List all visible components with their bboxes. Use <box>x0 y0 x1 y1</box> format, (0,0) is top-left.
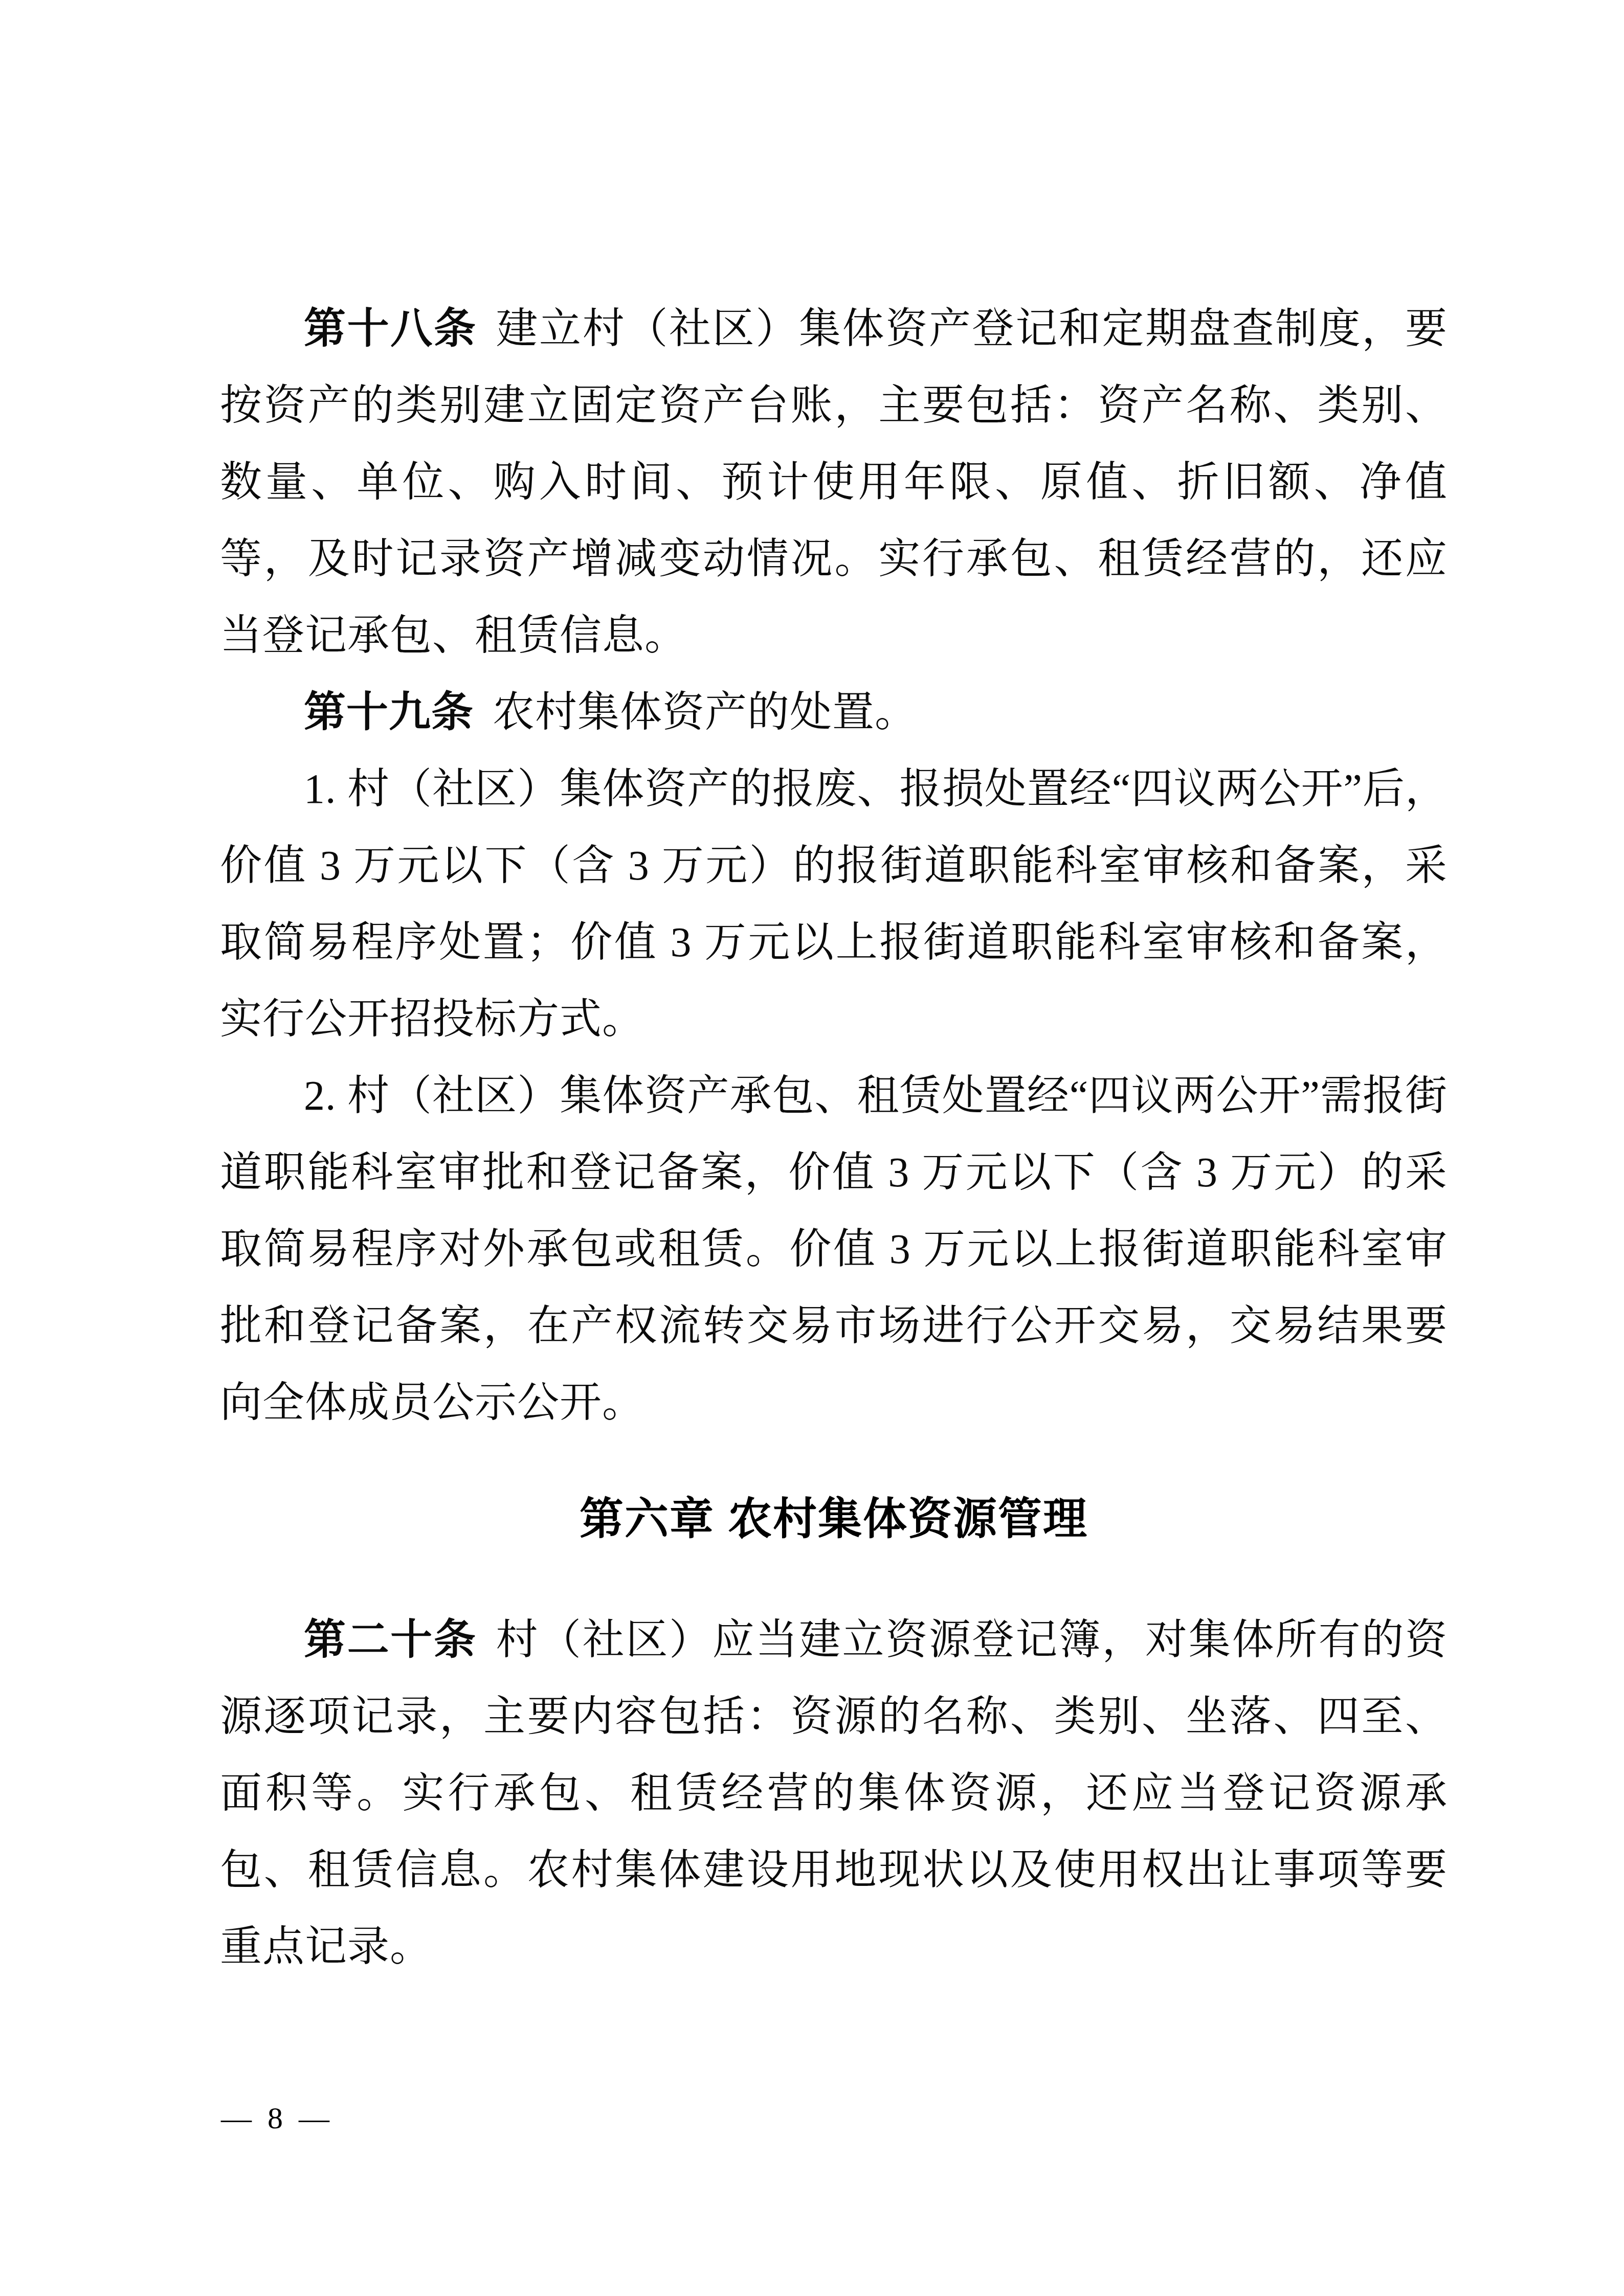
article-19-text: 农村集体资产的处置。 <box>493 689 917 735</box>
document-body: 第十八条建立村（社区）集体资产登记和定期盘查制度，要按资产的类别建立固定资产台账… <box>220 290 1448 1985</box>
article-18-paragraph: 第十八条建立村（社区）集体资产登记和定期盘查制度，要按资产的类别建立固定资产台账… <box>220 290 1448 674</box>
chapter-6-heading: 第六章 农村集体资源管理 <box>220 1481 1448 1558</box>
article-19-item-2: 2. 村（社区）集体资产承包、租赁处置经“四议两公开”需报街道职能科室审批和登记… <box>220 1057 1448 1441</box>
article-19-label: 第十九条 <box>304 689 474 735</box>
page-number: — 8 — <box>221 2101 333 2135</box>
article-20-text: 村（社区）应当建立资源登记簿，对集体所有的资源逐项记录，主要内容包括：资源的名称… <box>220 1616 1448 1970</box>
article-18-text: 建立村（社区）集体资产登记和定期盘查制度，要按资产的类别建立固定资产台账，主要包… <box>220 305 1448 659</box>
document-page: 第十八条建立村（社区）集体资产登记和定期盘查制度，要按资产的类别建立固定资产台账… <box>0 0 1624 2296</box>
article-20-paragraph: 第二十条村（社区）应当建立资源登记簿，对集体所有的资源逐项记录，主要内容包括：资… <box>220 1602 1448 1985</box>
page-footer: — 8 — <box>221 2100 333 2136</box>
article-19-paragraph: 第十九条农村集体资产的处置。 <box>220 674 1448 751</box>
article-20-label: 第二十条 <box>304 1616 477 1663</box>
article-18-label: 第十八条 <box>304 305 477 352</box>
article-19-item-1: 1. 村（社区）集体资产的报废、报损处置经“四议两公开”后，价值 3 万元以下（… <box>220 751 1448 1057</box>
